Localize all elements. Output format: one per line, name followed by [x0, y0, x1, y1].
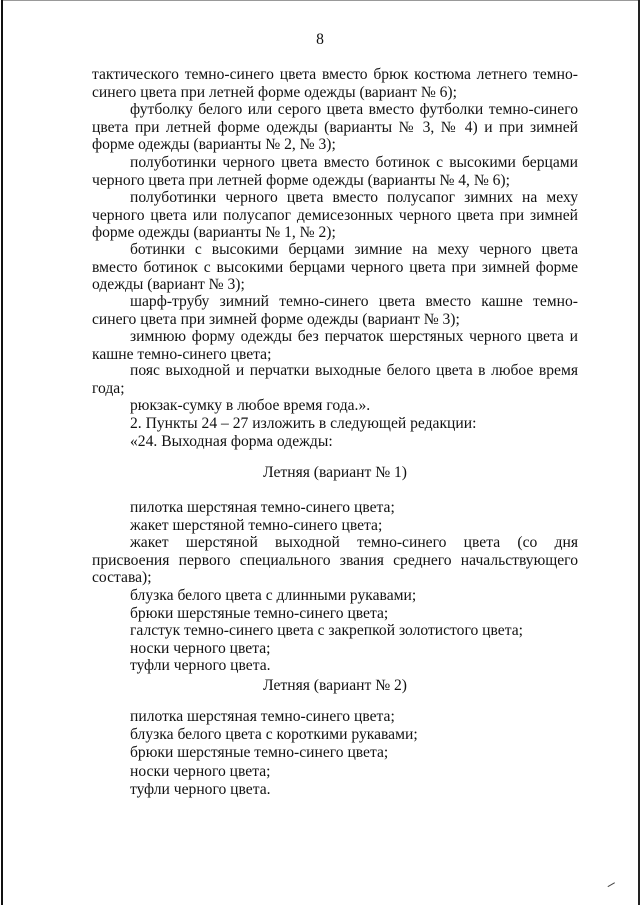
list-item: блузка белого цвета с короткими рукавами… — [92, 726, 578, 744]
paragraph: рюкзак-сумку в любое время года.». — [92, 397, 578, 415]
list-item: галстук темно-синего цвета с закрепкой з… — [92, 622, 578, 640]
section-heading-summer-2: Летняя (вариант № 2) — [0, 677, 640, 695]
paragraph-continuation: тактического темно-синего цвета вместо б… — [92, 66, 578, 101]
list-item: носки черного цвета; — [92, 640, 578, 658]
paragraph: футболку белого или серого цвета вместо … — [92, 101, 578, 154]
paragraph: полуботинки черного цвета вместо ботинок… — [92, 154, 578, 189]
list-item: жакет шерстяной темно-синего цвета; — [92, 517, 578, 535]
pen-mark — [608, 882, 617, 889]
page-number: 8 — [0, 31, 640, 49]
list-item: блузка белого цвета с длинными рукавами; — [92, 587, 578, 605]
paragraph: полуботинки черного цвета вместо полусап… — [92, 189, 578, 242]
scan-edge-top — [1, 0, 639, 1]
list-item: брюки шерстяные темно-синего цвета; — [92, 605, 578, 623]
paragraph-amendment: 2. Пункты 24 – 27 изложить в следующей р… — [92, 415, 578, 433]
list-item: туфли черного цвета. — [92, 781, 578, 799]
section-heading-summer-1: Летняя (вариант № 1) — [0, 464, 640, 482]
paragraph: пояс выходной и перчатки выходные белого… — [92, 362, 578, 397]
paragraph: ботинки с высокими берцами зимние на мех… — [92, 241, 578, 294]
paragraph: зимнюю форму одежды без перчаток шерстян… — [92, 328, 578, 363]
section-list-summer-1: пилотка шерстяная темно-синего цвета; жа… — [92, 499, 578, 675]
list-item: брюки шерстяные темно-синего цвета; — [92, 744, 578, 762]
section-list-summer-2: пилотка шерстяная темно-синего цвета; бл… — [92, 708, 578, 799]
list-item: туфли черного цвета. — [92, 657, 578, 675]
list-item: пилотка шерстяная темно-синего цвета; — [92, 708, 578, 726]
paragraph: шарф-трубу зимний темно-синего цвета вме… — [92, 293, 578, 328]
list-item: жакет шерстяной выходной темно-синего цв… — [92, 534, 578, 587]
list-item: пилотка шерстяная темно-синего цвета; — [92, 499, 578, 517]
paragraph-item-24: «24. Выходная форма одежды: — [92, 433, 578, 451]
document-page: 8 тактического темно-синего цвета вместо… — [0, 0, 640, 905]
scan-edge-left — [1, 0, 3, 905]
list-item: носки черного цвета; — [92, 763, 578, 781]
